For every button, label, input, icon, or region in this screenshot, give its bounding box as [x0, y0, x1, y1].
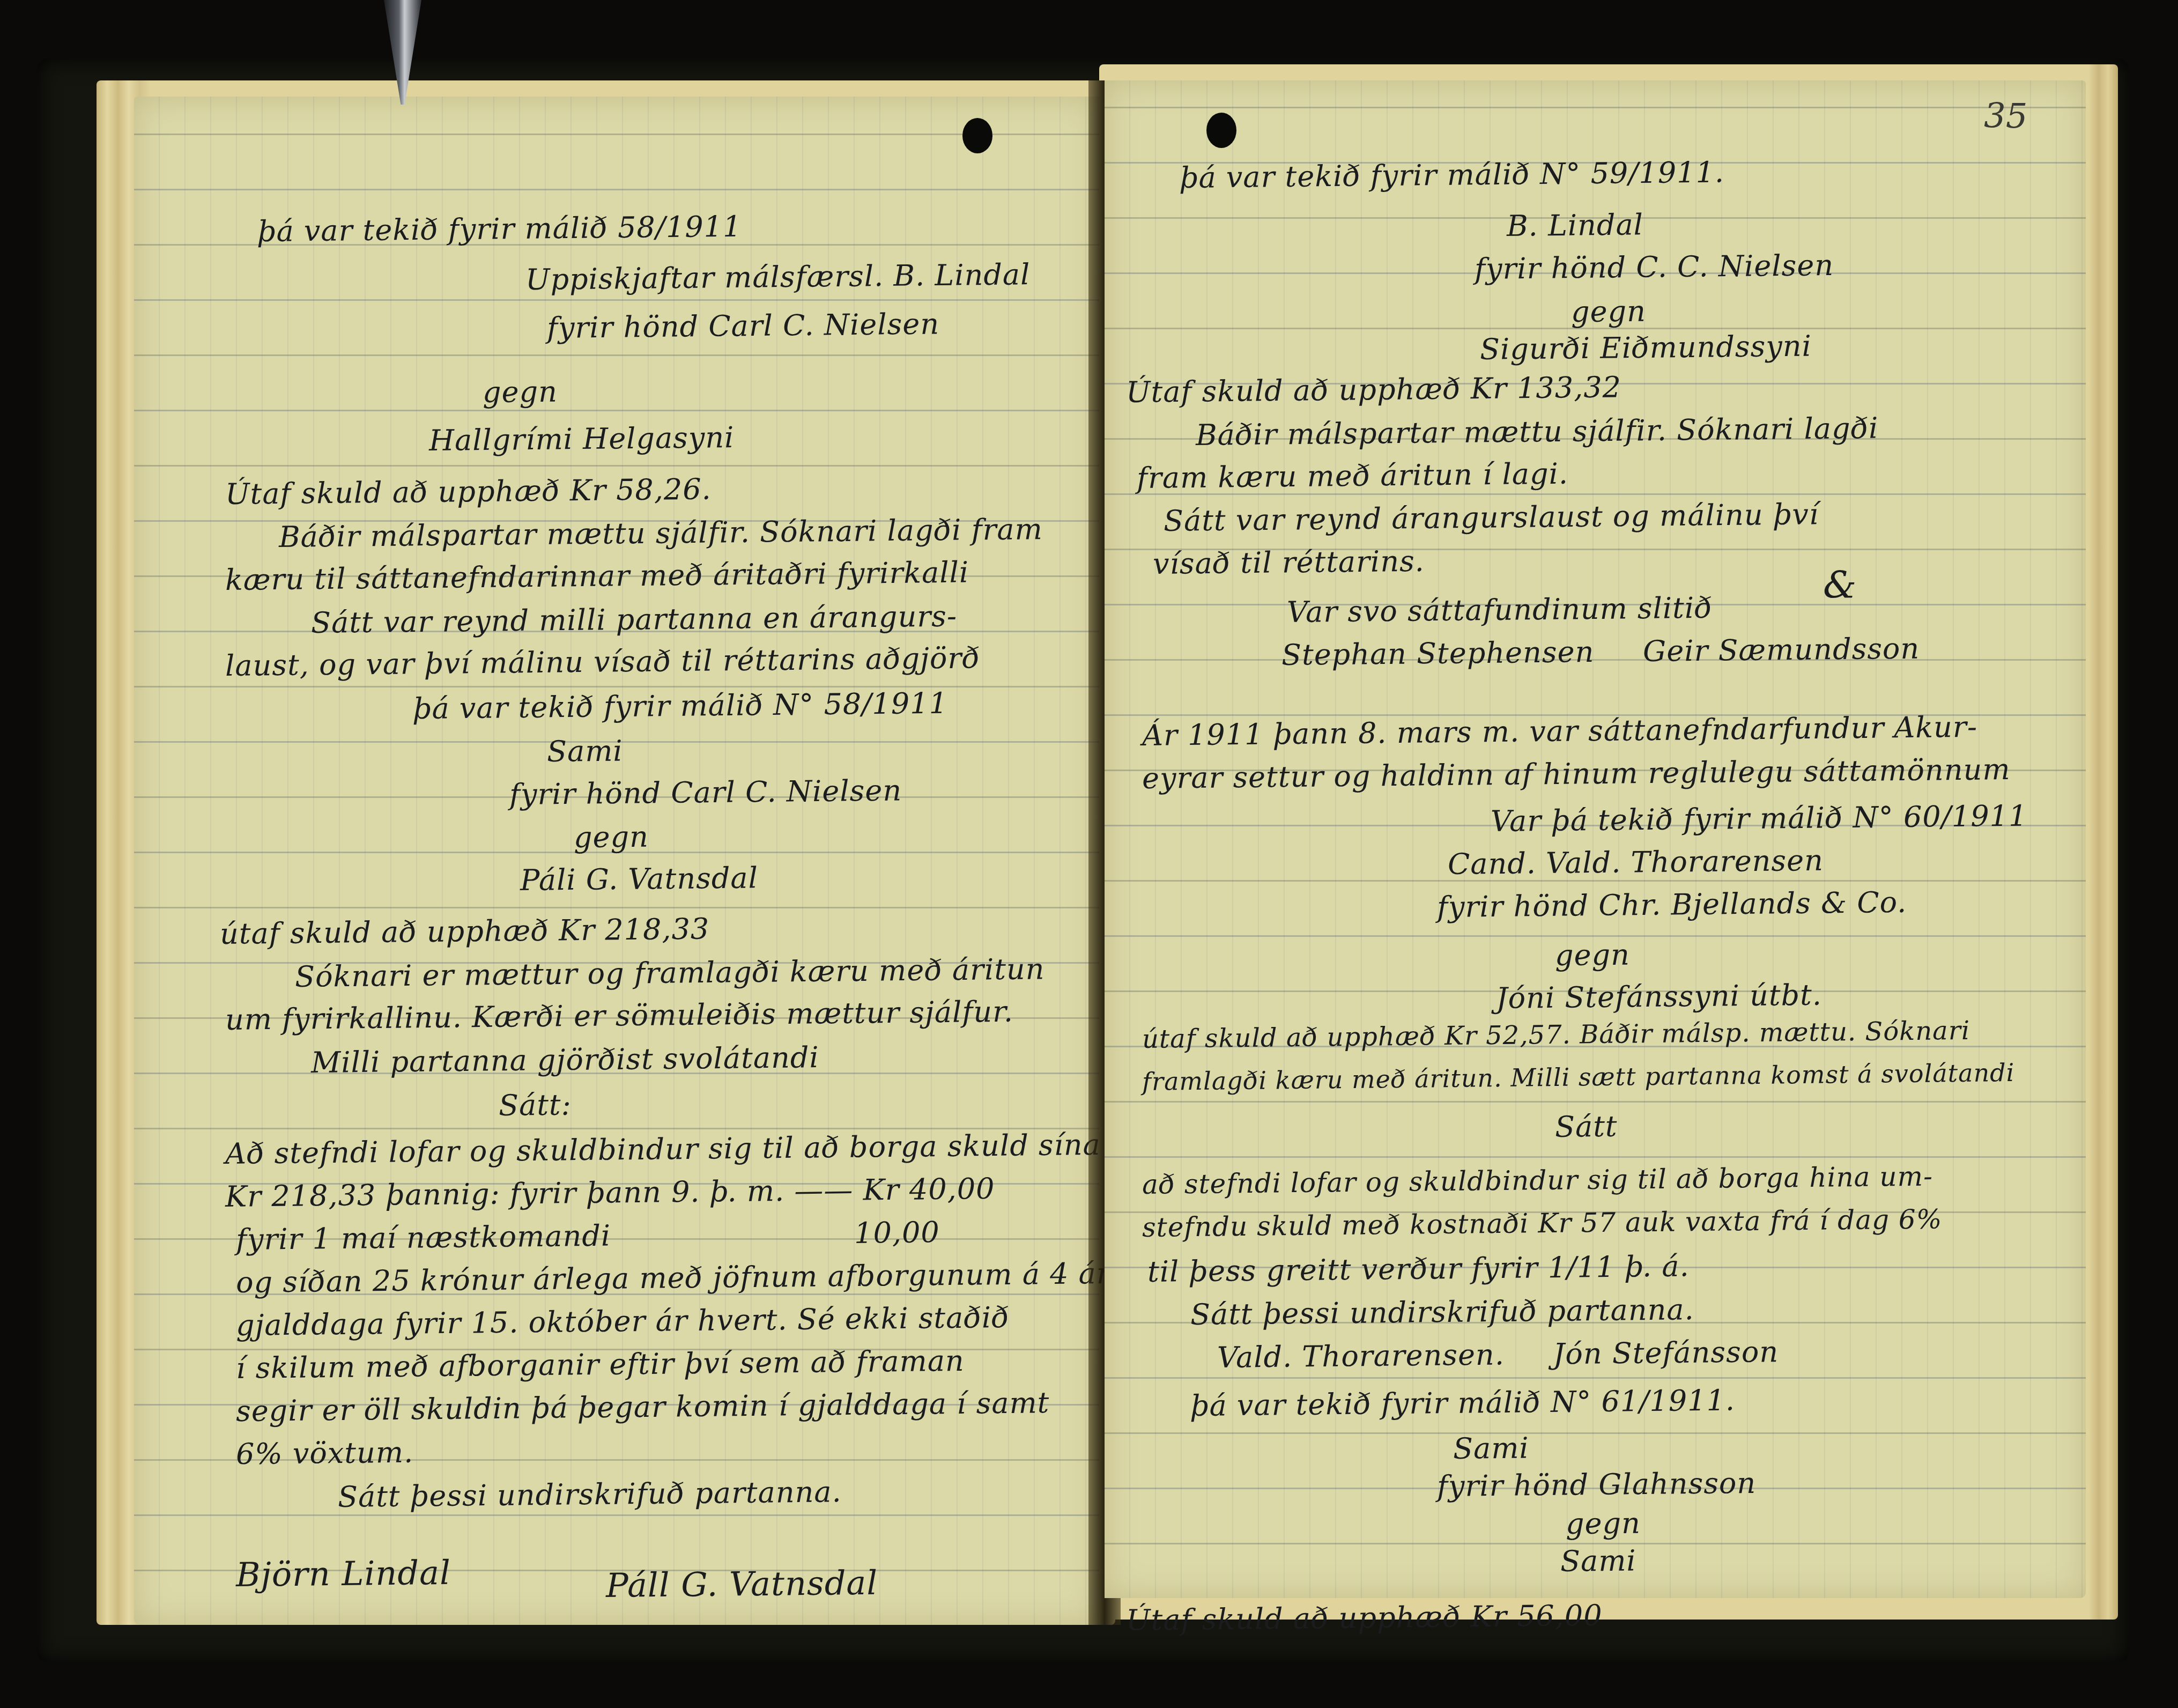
text-line: fyrir 1 maí næstkomandi 10,00: [236, 1215, 940, 1256]
text-line: stefndu skuld með kostnaði Kr 57 auk vax…: [1142, 1203, 1943, 1243]
text-line: Sátt:: [499, 1088, 572, 1122]
text-line: Var þá tekið fyrir málið N° 60/1911: [1491, 799, 2028, 838]
text-line: Vald. Thorarensen. Jón Stefánsson: [1217, 1335, 1779, 1374]
text-line: Sátt var reynd árangurslaust og málinu þ…: [1164, 497, 1819, 538]
text-line: útaf skuld að upphæð Kr 52,57. Báðir mál…: [1142, 1016, 1970, 1054]
punch-hole: [1206, 113, 1236, 148]
text-line: Sátt þessi undirskrifuð partanna.: [338, 1475, 842, 1514]
text-line: Stephan Stephensen Geir Sæmundsson: [1281, 632, 1920, 672]
text-line: gegn: [574, 820, 649, 854]
text-line: Útaf skuld að upphæð Kr 58,26.: [225, 472, 712, 511]
text-line: gegn: [1566, 1506, 1641, 1541]
text-line: Var svo sáttafundinum slitið: [1287, 591, 1713, 629]
text-line: Sami: [547, 734, 623, 768]
page-number: 35: [1984, 97, 2027, 136]
text-line: Uppiskjaftar málsfærsl. B. Lindal: [525, 257, 1031, 297]
text-line: kæru til sáttanefndarinnar með áritaðri …: [225, 555, 969, 597]
text-line: þá var tekið fyrir málið N° 59/1911.: [1180, 155, 1725, 195]
text-line: Báðir málspartar mættu sjálfir. Sóknari …: [279, 512, 1043, 554]
text-line: Sátt var reynd milli partanna en árangur…: [311, 599, 958, 640]
text-line: að stefndi lofar og skuldbindur sig til …: [1142, 1161, 1933, 1200]
text-line: þá var tekið fyrir málið N° 58/1911: [413, 686, 948, 726]
text-line: Báðir málspartar mættu sjálfir. Sóknari …: [1196, 411, 1879, 452]
text-line: vísað til réttarins.: [1153, 544, 1425, 581]
text-line: gjalddaga fyrir 15. október ár hvert. Sé…: [236, 1300, 1010, 1342]
text-line: gegn: [1571, 294, 1647, 329]
text-line: Jóni Stefánssyni útbt.: [1496, 978, 1823, 1015]
flourish-mark: &: [1823, 563, 1856, 607]
text-line: Kr 218,33 þannig: fyrir þann 9. þ. m. ——…: [225, 1172, 995, 1214]
signature: Björn Lindal: [236, 1553, 451, 1594]
right-page: 35 þá var tekið fyrir málið N° 59/1911. …: [1105, 80, 2086, 1598]
text-line: í skilum með afborganir eftir því sem að…: [236, 1344, 965, 1385]
text-line: Milli partanna gjörðist svolátandi: [311, 1040, 819, 1079]
text-line: um fyrirkallinu. Kærði er sömuleiðis mæt…: [225, 995, 1014, 1037]
text-line: Sóknari er mættur og framlagði kæru með …: [295, 952, 1045, 994]
text-line: segir er öll skuldin þá þegar komin í gj…: [236, 1386, 1050, 1428]
text-line: útaf skuld að upphæð Kr 218,33: [220, 912, 710, 951]
text-line: til þess greitt verður fyrir 1/11 þ. á.: [1147, 1249, 1690, 1289]
text-line: þá var tekið fyrir málið N° 61/1911.: [1190, 1383, 1736, 1423]
text-line: eyrar settur og haldinn af hinum reglule…: [1142, 752, 2011, 795]
text-line: Sátt þessi undirskrifuð partanna.: [1190, 1292, 1694, 1332]
text-line: gegn: [483, 375, 558, 409]
text-line: B. Lindal: [1507, 208, 1644, 243]
text-line: og síðan 25 krónur árlega með jöfnum afb…: [236, 1256, 1131, 1299]
text-line: Útaf skuld að upphæð Kr 133,32: [1126, 370, 1622, 409]
signature: Páll G. Vatnsdal: [606, 1563, 878, 1605]
text-line: Cand. Vald. Thorarensen: [1448, 844, 1824, 881]
text-line: fyrir hönd C. C. Nielsen: [1475, 248, 1834, 286]
left-page: þá var tekið fyrir málið 58/1911 Uppiskj…: [134, 97, 1099, 1625]
text-line: laust, og var því málinu vísað til rétta…: [225, 641, 980, 683]
text-line: Hallgrími Helgasyni: [429, 420, 735, 457]
text-line: þá var tekið fyrir málið 58/1911: [257, 210, 742, 248]
text-line: Að stefndi lofar og skuldbindur sig til …: [225, 1128, 1101, 1171]
text-line: fyrir hönd Carl C. Nielsen: [509, 773, 902, 811]
text-line: Sami: [1560, 1544, 1636, 1578]
text-line: gegn: [1555, 938, 1631, 972]
text-line: Sami: [1453, 1431, 1529, 1466]
text-line: Ár 1911 þann 8. mars m. var sáttanefndar…: [1142, 710, 1978, 752]
text-line: fyrir hönd Glahnsson: [1437, 1466, 1757, 1503]
text-line: Páli G. Vatnsdal: [520, 861, 758, 897]
text-line: Útaf skuld að upphæð Kr 56,00: [1126, 1599, 1603, 1637]
text-line: Sátt: [1555, 1110, 1618, 1144]
text-line: fyrir hönd Carl C. Nielsen: [547, 307, 940, 345]
text-line: 6% vöxtum.: [236, 1436, 414, 1471]
text-line: fram kæru með áritun í lagi.: [1137, 457, 1569, 495]
punch-hole: [962, 118, 992, 153]
text-line: framlagði kæru með áritun. Milli sætt pa…: [1142, 1058, 2015, 1096]
text-line: Sigurði Eiðmundssyni: [1480, 329, 1812, 366]
text-line: fyrir hönd Chr. Bjellands & Co.: [1437, 885, 1907, 924]
